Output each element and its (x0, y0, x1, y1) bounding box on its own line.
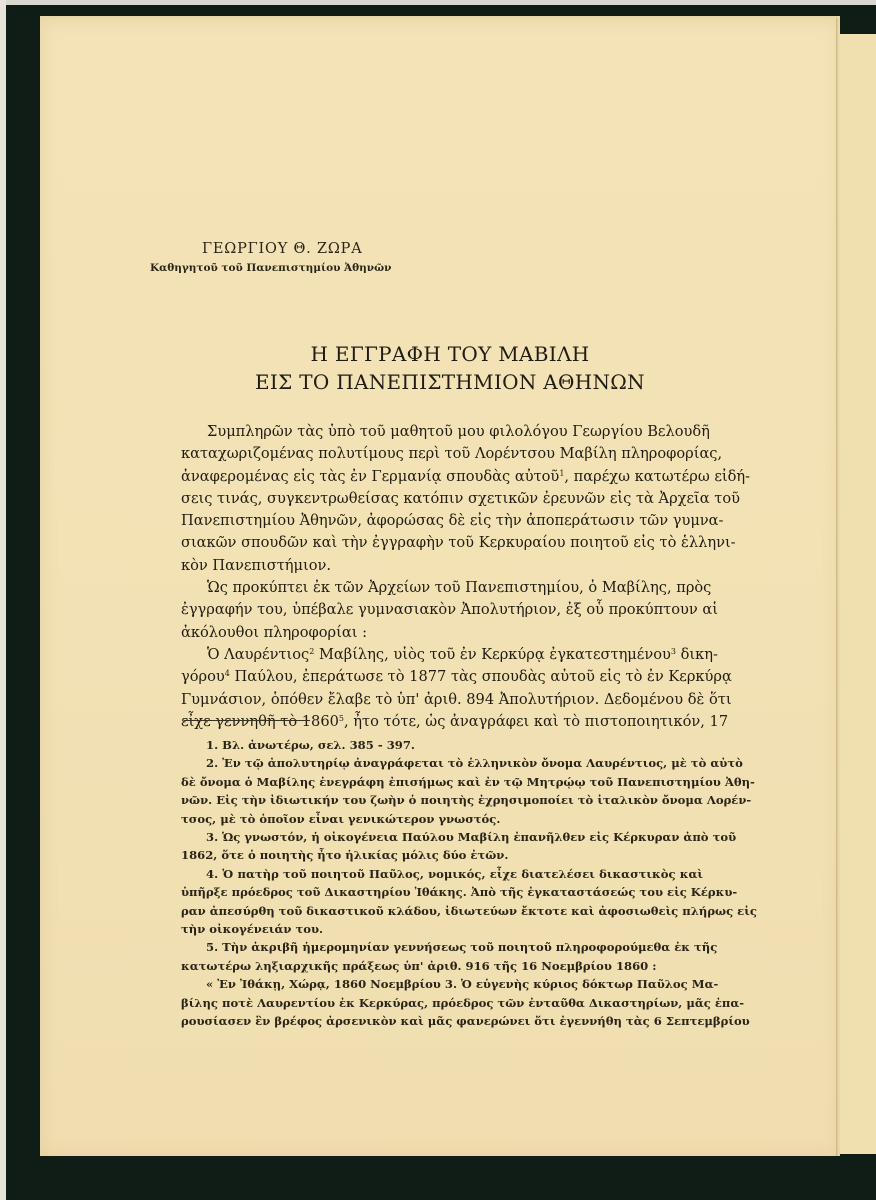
footnote-line: 3. Ὡς γνωστόν, ἡ οἰκογένεια Παύλου Μαβίλ… (181, 828, 703, 846)
body-line-text: , παρέχω κατωτέρω εἰδή- (564, 468, 750, 485)
body-line-text: Παύλου, ἐπεράτωσε τὸ 1877 τὰς σπουδὰς αὐ… (234, 668, 731, 685)
body-line-text: , ἦτο τότε, ὡς ἀναγράφει καὶ τὸ πιστοποι… (344, 713, 728, 730)
footnote-line: ὑπῆρξε πρόεδρος τοῦ Δικαστηρίου Ἰθάκης. … (181, 883, 703, 901)
body-line-text: Ὁ Λαυρέντιος (207, 646, 309, 663)
body-line: ἀναφερομένας εἰς τὰς ἐν Γερμανίᾳ σπουδὰς… (181, 466, 703, 488)
body-line-text: εἶχε γεννηθῆ τὸ 1860 (181, 713, 339, 730)
article-title: Η ΕΓΓΡΑΦΗ ΤΟΥ ΜΑΒΙΛΗ ΕΙΣ ΤΟ ΠΑΝΕΠΙΣΤΗΜΙΟ… (180, 340, 720, 396)
page-fold (836, 18, 838, 1156)
body-line: γόρου4 Παύλου, ἐπεράτωσε τὸ 1877 τὰς σπο… (181, 666, 703, 688)
scan-left-edge (0, 0, 6, 1200)
footnote-line: τσος, μὲ τὸ ὁποῖον εἶναι γενικώτερον γνω… (181, 810, 703, 828)
footnote-ref: 3 (671, 647, 676, 656)
footnote-line: δὲ ὄνομα ὁ Μαβίλης ἐνεγράφη ἐπισήμως καὶ… (181, 773, 703, 791)
body-line: Συμπληρῶν τὰς ὑπὸ τοῦ μαθητοῦ μου φιλολό… (181, 421, 703, 443)
body-line: σεις τινάς, συγκεντρωθείσας κατόπιν σχετ… (181, 488, 703, 510)
scan-top-edge (0, 0, 876, 5)
footnote-line: 4. Ὁ πατὴρ τοῦ ποιητοῦ Παῦλος, νομικός, … (181, 865, 703, 883)
footnote-line: νῶν. Εἰς τὴν ἰδιωτικήν του ζωὴν ὁ ποιητὴ… (181, 791, 703, 809)
body-text: Συμπληρῶν τὰς ὑπὸ τοῦ μαθητοῦ μου φιλολό… (181, 421, 703, 733)
footnote-separator (184, 720, 310, 721)
footnote-line: κατωτέρω ληξιαρχικῆς πράξεως ὑπ' ἀριθ. 9… (181, 957, 703, 975)
body-line-text: Μαβίλης, υἱὸς τοῦ ἐν Κερκύρᾳ ἐγκατεστημέ… (319, 646, 671, 663)
body-line: ἐγγραφήν του, ὑπέβαλε γυμνασιακὸν Ἀπολυτ… (181, 599, 703, 621)
body-line: ἀκόλουθοι πληροφορίαι : (181, 622, 703, 644)
author-affiliation: Καθηγητοῦ τοῦ Πανεπιστημίου Ἀθηνῶν (150, 262, 391, 274)
footnote-line: ρουσίασεν ἓν βρέφος ἀρσενικὸν καὶ μᾶς φα… (181, 1012, 703, 1030)
footnote-line: ραν ἀπεσύρθη τοῦ δικαστικοῦ κλάδου, ἰδιω… (181, 902, 703, 920)
footnote-ref: 4 (225, 669, 230, 678)
body-line: Ὁ Λαυρέντιος2 Μαβίλης, υἱὸς τοῦ ἐν Κερκύ… (181, 644, 703, 666)
body-line: Γυμνάσιον, ὁπόθεν ἔλαβε τὸ ὑπ' ἀριθ. 894… (181, 689, 703, 711)
author-name: ΓΕΩΡΓΙΟΥ Θ. ΖΩΡΑ (202, 241, 363, 257)
footnote-line: 5. Τὴν ἀκριβῆ ἡμερομηνίαν γεννήσεως τοῦ … (181, 938, 703, 956)
body-line: κὸν Πανεπιστήμιον. (181, 555, 703, 577)
footnote-line: τὴν οἰκογένειάν του. (181, 920, 703, 938)
body-line-text: ἀναφερομένας εἰς τὰς ἐν Γερμανίᾳ σπουδὰς… (181, 468, 559, 485)
footnote-line: 1. Βλ. ἀνωτέρω, σελ. 385 - 397. (181, 736, 703, 754)
body-line: εἶχε γεννηθῆ τὸ 18605, ἦτο τότε, ὡς ἀναγ… (181, 711, 703, 733)
title-line-1: Η ΕΓΓΡΑΦΗ ΤΟΥ ΜΑΒΙΛΗ (180, 340, 720, 368)
body-line: σιακῶν σπουδῶν καὶ τὴν ἐγγραφὴν τοῦ Κερκ… (181, 532, 703, 554)
body-line: καταχωριζομένας πολυτίμους περὶ τοῦ Λορέ… (181, 443, 703, 465)
body-line: Ὡς προκύπτει ἐκ τῶν Ἀρχείων τοῦ Πανεπιστ… (181, 577, 703, 599)
footnote-line: « Ἐν Ἰθάκῃ, Χώρᾳ, 1860 Νοεμβρίου 3. Ὁ εὐ… (181, 975, 703, 993)
footnote-line: 1862, ὅτε ὁ ποιητὴς ἦτο ἡλικίας μόλις δύ… (181, 846, 703, 864)
footnote-line: βίλης ποτὲ Λαυρεντίου ἐκ Κερκύρας, πρόεδ… (181, 994, 703, 1012)
body-line-text: γόρου (181, 668, 225, 685)
body-line: Πανεπιστημίου Ἀθηνῶν, ἀφορώσας δὲ εἰς τὴ… (181, 510, 703, 532)
title-line-2: ΕΙΣ ΤΟ ΠΑΝΕΠΙΣΤΗΜΙΟΝ ΑΘΗΝΩΝ (180, 368, 720, 396)
body-line-text: δικη- (681, 646, 718, 663)
footnotes: 1. Βλ. ἀνωτέρω, σελ. 385 - 397. 2. Ἐν τῷ… (181, 736, 703, 1031)
footnote-ref: 2 (309, 647, 314, 656)
footnote-line: 2. Ἐν τῷ ἀπολυτηρίῳ ἀναγράφεται τὸ ἑλλην… (181, 754, 703, 772)
